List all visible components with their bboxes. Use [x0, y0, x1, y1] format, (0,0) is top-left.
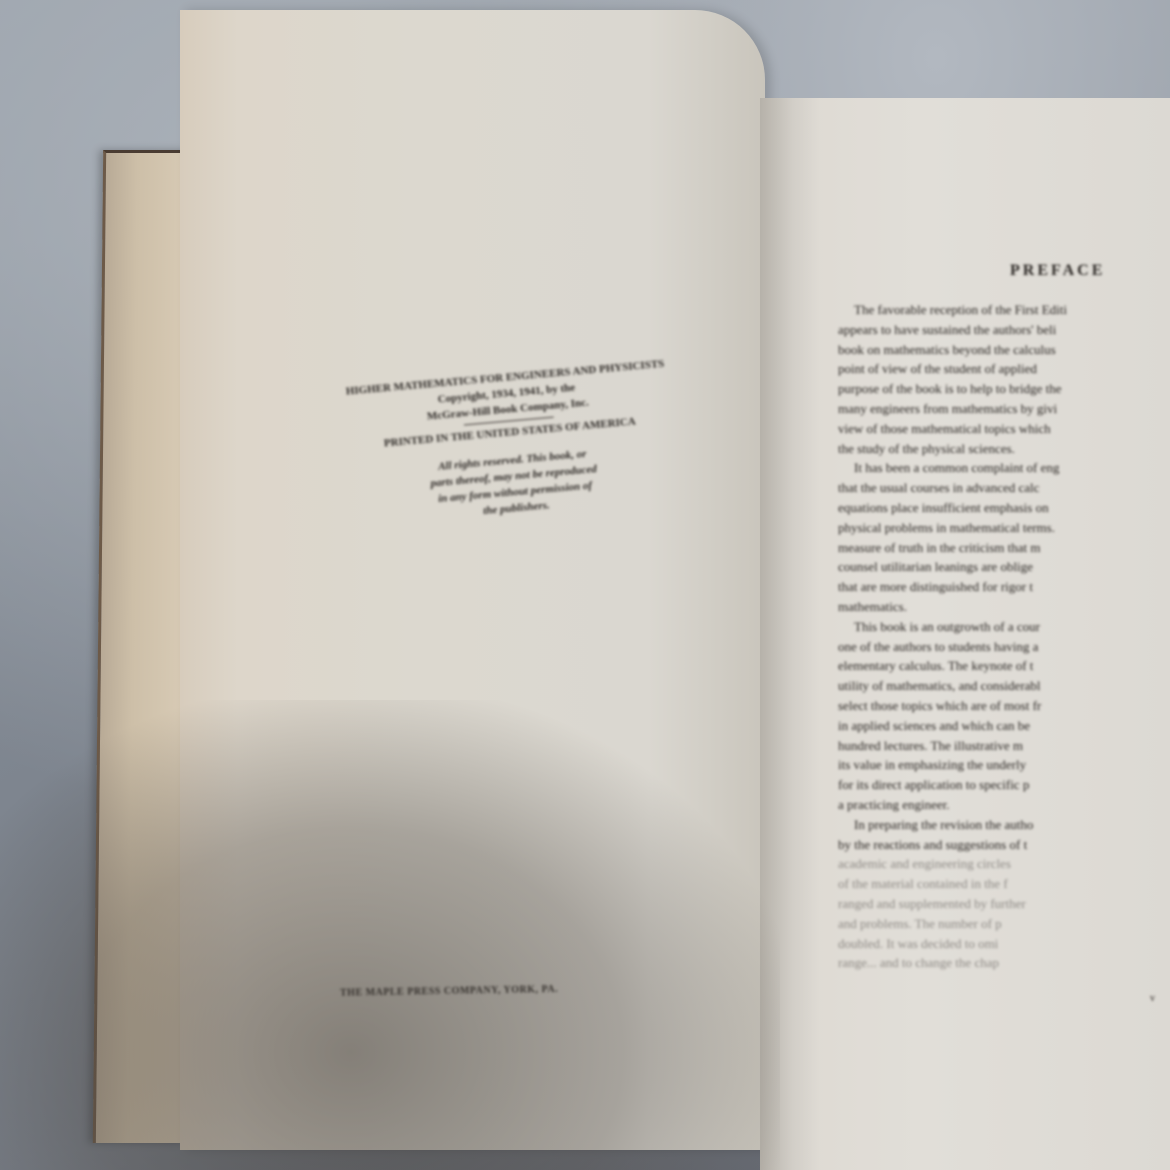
preface-line: physical problems in mathematical terms. [838, 518, 1170, 538]
gutter-shadow [760, 98, 820, 1170]
preface-line: select those topics which are of most fr [838, 696, 1170, 716]
left-page [180, 10, 765, 1150]
preface-line: the study of the physical sciences. [838, 439, 1170, 459]
preface-line: measure of truth in the criticism that m [838, 538, 1170, 558]
preface-title: PREFACE [1010, 262, 1105, 280]
preface-line: The favorable reception of the First Edi… [838, 300, 1170, 320]
preface-line: book on mathematics beyond the calculus [838, 340, 1170, 360]
preface-line: that are more distinguished for rigor t [838, 577, 1170, 597]
preface-line: academic and engineering circles [838, 854, 1170, 874]
preface-line: appears to have sustained the authors' b… [838, 320, 1170, 340]
preface-line: elementary calculus. The keynote of t [838, 656, 1170, 676]
preface-line: In preparing the revision the autho [838, 815, 1170, 835]
preface-body: The favorable reception of the First Edi… [838, 300, 1170, 973]
preface-line: in applied sciences and which can be [838, 716, 1170, 736]
preface-line: This book is an outgrowth of a cour [838, 617, 1170, 637]
preface-line: mathematics. [838, 597, 1170, 617]
preface-line: view of those mathematical topics which [838, 419, 1170, 439]
preface-line: utility of mathematics, and considerabl [838, 676, 1170, 696]
preface-line: of the material contained in the f [838, 874, 1170, 894]
preface-line: its value in emphasizing the underly [838, 755, 1170, 775]
preface-line: a practicing engineer. [838, 795, 1170, 815]
preface-line: ranged and supplemented by further [838, 894, 1170, 914]
preface-line: range... and to change the chap [838, 953, 1170, 973]
preface-line: doubled. It was decided to omi [838, 934, 1170, 954]
preface-line: purpose of the book is to help to bridge… [838, 379, 1170, 399]
preface-line: and problems. The number of p [838, 914, 1170, 934]
copyright-block: HIGHER MATHEMATICS FOR ENGINEERS AND PHY… [330, 354, 691, 531]
page-number: v [1150, 993, 1155, 1004]
preface-line: equations place insufficient emphasis on [838, 498, 1170, 518]
preface-line: that the usual courses in advanced calc [838, 478, 1170, 498]
preface-line: many engineers from mathematics by givi [838, 399, 1170, 419]
preface-line: one of the authors to students having a [838, 637, 1170, 657]
preface-line: counsel utilitarian leanings are oblige [838, 557, 1170, 577]
preface-line: by the reactions and suggestions of t [838, 835, 1170, 855]
preface-line: It has been a common complaint of eng [838, 458, 1170, 478]
preface-line: point of view of the student of applied [838, 359, 1170, 379]
preface-line: for its direct application to specific p [838, 775, 1170, 795]
preface-line: hundred lectures. The illustrative m [838, 736, 1170, 756]
